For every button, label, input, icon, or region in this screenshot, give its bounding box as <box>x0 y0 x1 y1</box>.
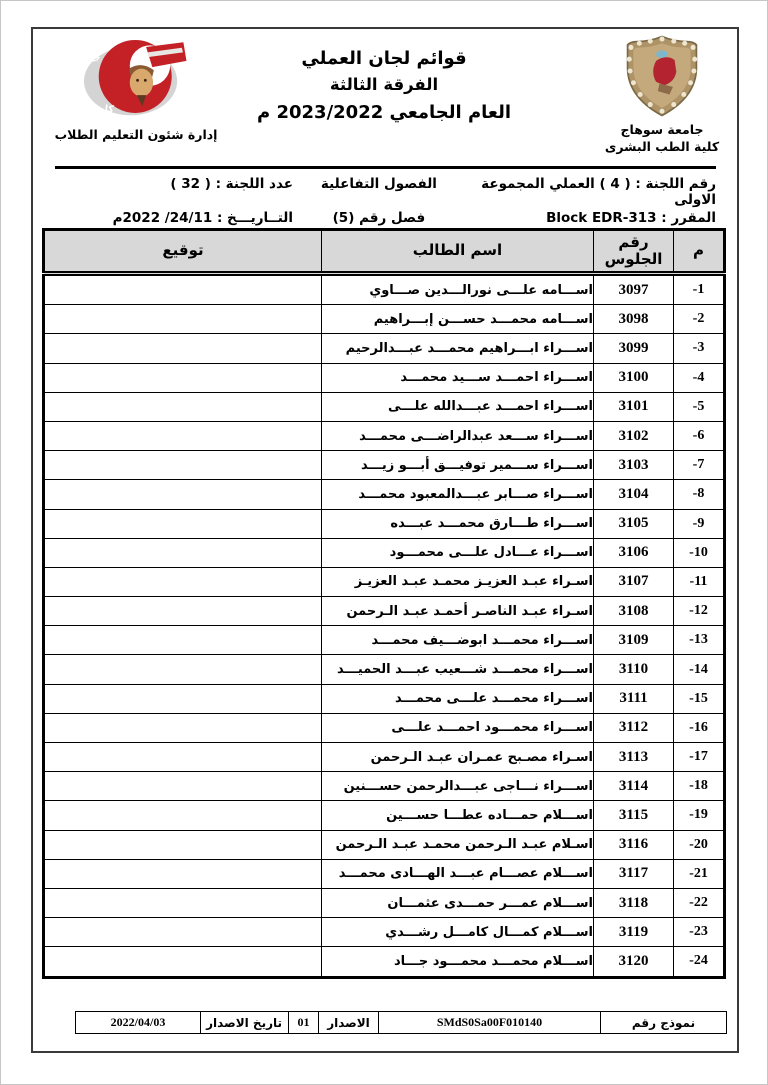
university-caption-1: جامعة سوهاج <box>594 122 730 139</box>
col-header-index: م <box>674 230 725 274</box>
table-row: -5 3101 اســـراء احمـــد عبـــدالله علــ… <box>44 392 725 421</box>
issue-number: 01 <box>289 1012 319 1034</box>
signature-cell <box>44 830 322 859</box>
signature-cell <box>44 451 322 480</box>
seat-number: 3117 <box>594 859 674 888</box>
student-name: اســـراء احمـــد ســـيد محمـــد <box>322 363 594 392</box>
seat-number: 3098 <box>594 305 674 334</box>
student-name: اسـراء عبـد العزيـز محمـد عبـد العزيـز <box>322 567 594 596</box>
signature-cell <box>44 888 322 917</box>
form-number-label: نموذج رقم <box>601 1012 727 1034</box>
row-index: -21 <box>674 859 725 888</box>
seat-number: 3102 <box>594 421 674 450</box>
table-row: -19 3115 اســـلام حمـــاده عطـــا حســـي… <box>44 801 725 830</box>
row-index: -17 <box>674 743 725 772</box>
signature-cell <box>44 305 322 334</box>
row-index: -19 <box>674 801 725 830</box>
committee-row-2: المقرر : Block EDR-313 فصل رقم (5) التــ… <box>55 210 716 226</box>
student-name: اســـراء ابـــراهيم محمـــد عبـــدالرحيم <box>322 334 594 363</box>
seat-number: 3118 <box>594 888 674 917</box>
signature-cell <box>44 597 322 626</box>
table-row: -17 3113 اسـراء مصـبح عمـران عبـد الـرحم… <box>44 743 725 772</box>
red-crescent-logo: جامعة سوهاج كلية الطب <box>70 36 202 120</box>
seat-number: 3097 <box>594 274 674 305</box>
committee-row-1: رقم اللجنة : ( 4 ) العملي المجموعة الاول… <box>55 176 716 208</box>
signature-cell <box>44 859 322 888</box>
seat-number: 3113 <box>594 743 674 772</box>
row-index: -3 <box>674 334 725 363</box>
student-name: اســـامه محمـــد حســـن إبـــراهيم <box>322 305 594 334</box>
issue-date: 2022/04/03 <box>76 1012 201 1034</box>
signature-cell <box>44 567 322 596</box>
row-index: -1 <box>674 274 725 305</box>
row-index: -23 <box>674 918 725 947</box>
row-index: -6 <box>674 421 725 450</box>
document-page: جامعة سوهاج كلية الطب إدارة شئون التعليم… <box>0 0 768 1085</box>
table-row: -18 3114 اســـراء نـــاجى عبـــدالرحمن ح… <box>44 772 725 801</box>
signature-cell <box>44 538 322 567</box>
student-name: اســـراء محمـــد ابوضـــيف محمـــد <box>322 626 594 655</box>
table-row: -3 3099 اســـراء ابـــراهيم محمـــد عبــ… <box>44 334 725 363</box>
table-row: -14 3110 اســـراء محمـــد شـــعيب عبـــد… <box>44 655 725 684</box>
footer-row: نموذج رقم SMdS0Sa00F010140 الاصدار 01 تا… <box>76 1012 727 1034</box>
col-header-student-name: اسم الطالب <box>322 230 594 274</box>
seat-number: 3120 <box>594 947 674 977</box>
table-row: -10 3106 اســـراء عـــادل علـــى محمـــو… <box>44 538 725 567</box>
student-name: اســـراء طـــارق محمـــد عبـــده <box>322 509 594 538</box>
student-name: اســـلام كمـــال كامـــل رشـــدي <box>322 918 594 947</box>
student-name: اســـراء ســـمير توفيـــق أبـــو زيـــد <box>322 451 594 480</box>
signature-cell <box>44 684 322 713</box>
signature-cell <box>44 626 322 655</box>
table-row: -8 3104 اســـراء صـــابر عبـــدالمعبود م… <box>44 480 725 509</box>
section-type: الفصول التفاعلية <box>293 176 465 192</box>
table-row: -11 3107 اسـراء عبـد العزيـز محمـد عبـد … <box>44 567 725 596</box>
seat-number: 3101 <box>594 392 674 421</box>
signature-cell <box>44 743 322 772</box>
student-name: اسـلام عبـد الـرحمن محمـد عبـد الـرحمن <box>322 830 594 859</box>
signature-cell <box>44 480 322 509</box>
seat-number: 3111 <box>594 684 674 713</box>
table-row: -20 3116 اسـلام عبـد الـرحمن محمـد عبـد … <box>44 830 725 859</box>
table-row: -7 3103 اســـراء ســـمير توفيـــق أبـــو… <box>44 451 725 480</box>
row-index: -24 <box>674 947 725 977</box>
student-name: اســـلام عمـــر حمـــدى عثمـــان <box>322 888 594 917</box>
student-name: اســـراء احمـــد عبـــدالله علـــى <box>322 392 594 421</box>
table-row: -16 3112 اســـراء محمـــود احمـــد علـــ… <box>44 713 725 742</box>
title-line-2: الفرقة الثالثة <box>229 75 539 94</box>
signature-cell <box>44 363 322 392</box>
student-name: اســـراء محمـــود احمـــد علـــى <box>322 713 594 742</box>
table-row: -2 3098 اســـامه محمـــد حســـن إبـــراه… <box>44 305 725 334</box>
signature-cell <box>44 713 322 742</box>
row-index: -11 <box>674 567 725 596</box>
issue-date-label: تاريخ الاصدار <box>201 1012 289 1034</box>
seat-number: 3105 <box>594 509 674 538</box>
seat-number: 3104 <box>594 480 674 509</box>
table-row: -6 3102 اســـراء ســـعد عبدالراضـــى محم… <box>44 421 725 450</box>
seat-number: 3114 <box>594 772 674 801</box>
row-index: -2 <box>674 305 725 334</box>
table-row: -21 3117 اســـلام عصـــام عبـــد الهـــا… <box>44 859 725 888</box>
seat-number: 3115 <box>594 801 674 830</box>
student-name: اسـراء عبـد الناصـر أحمـد عبـد الـرحمن <box>322 597 594 626</box>
seat-number: 3119 <box>594 918 674 947</box>
committee-info: رقم اللجنة : ( 4 ) العملي المجموعة الاول… <box>55 166 716 237</box>
signature-cell <box>44 655 322 684</box>
table-row: -12 3108 اسـراء عبـد الناصـر أحمـد عبـد … <box>44 597 725 626</box>
col-header-signature: توقيع <box>44 230 322 274</box>
student-name: اســـراء عـــادل علـــى محمـــود <box>322 538 594 567</box>
table-row: -23 3119 اســـلام كمـــال كامـــل رشـــد… <box>44 918 725 947</box>
row-index: -7 <box>674 451 725 480</box>
row-index: -13 <box>674 626 725 655</box>
signature-cell <box>44 772 322 801</box>
student-name: اســـلام حمـــاده عطـــا حســـين <box>322 801 594 830</box>
student-name: اسـراء مصـبح عمـران عبـد الـرحمن <box>322 743 594 772</box>
seat-number: 3116 <box>594 830 674 859</box>
row-index: -5 <box>674 392 725 421</box>
form-code: SMdS0Sa00F010140 <box>379 1012 601 1034</box>
course-code: المقرر : Block EDR-313 <box>465 210 716 226</box>
university-shield-logo <box>624 34 700 118</box>
university-logo-block: جامعة سوهاج كلية الطب البشرى <box>594 34 730 156</box>
seat-number: 3112 <box>594 713 674 742</box>
university-caption-2: كلية الطب البشرى <box>594 139 730 156</box>
row-index: -10 <box>674 538 725 567</box>
table-header-row: م رقم الجلوس اسم الطالب توقيع <box>44 230 725 274</box>
table-row: -15 3111 اســـراء محمـــد علـــى محمـــد <box>44 684 725 713</box>
table-row: -9 3105 اســـراء طـــارق محمـــد عبـــده <box>44 509 725 538</box>
seat-number: 3109 <box>594 626 674 655</box>
student-rows: -1 3097 اســـامه علـــى نورالـــدين صـــ… <box>44 274 725 978</box>
signature-cell <box>44 801 322 830</box>
signature-cell <box>44 918 322 947</box>
title-line-3: العام الجامعي 2023/2022 م <box>229 102 539 123</box>
seat-number: 3106 <box>594 538 674 567</box>
seat-number: 3100 <box>594 363 674 392</box>
student-name: اســـراء ســـعد عبدالراضـــى محمـــد <box>322 421 594 450</box>
seat-number: 3110 <box>594 655 674 684</box>
row-index: -12 <box>674 597 725 626</box>
signature-cell <box>44 509 322 538</box>
seat-number: 3099 <box>594 334 674 363</box>
col-header-seat-number: رقم الجلوس <box>594 230 674 274</box>
signature-cell <box>44 274 322 305</box>
committee-number: رقم اللجنة : ( 4 ) العملي المجموعة الاول… <box>465 176 716 208</box>
seat-number: 3103 <box>594 451 674 480</box>
student-name: اســـلام محمـــد محمـــود جـــاد <box>322 947 594 977</box>
issue-label: الاصدار <box>319 1012 379 1034</box>
exam-date: التــاريـــخ : 24/11/ 2022م <box>55 210 293 226</box>
student-name: اســـلام عصـــام عبـــد الهـــادى محمـــ… <box>322 859 594 888</box>
admin-caption: إدارة شئون التعليم الطلاب <box>46 127 226 142</box>
committee-count: عدد اللجنة : ( 32 ) <box>55 176 293 192</box>
row-index: -8 <box>674 480 725 509</box>
row-index: -9 <box>674 509 725 538</box>
table-row: -1 3097 اســـامه علـــى نورالـــدين صـــ… <box>44 274 725 305</box>
class-number: فصل رقم (5) <box>293 210 465 226</box>
seat-number: 3108 <box>594 597 674 626</box>
table-row: -22 3118 اســـلام عمـــر حمـــدى عثمـــا… <box>44 888 725 917</box>
signature-cell <box>44 947 322 977</box>
student-name: اســـراء محمـــد علـــى محمـــد <box>322 684 594 713</box>
seat-number: 3107 <box>594 567 674 596</box>
row-index: -4 <box>674 363 725 392</box>
row-index: -16 <box>674 713 725 742</box>
signature-cell <box>44 392 322 421</box>
student-name: اســـامه علـــى نورالـــدين صـــاوي <box>322 274 594 305</box>
student-name: اســـراء محمـــد شـــعيب عبـــد الحميـــ… <box>322 655 594 684</box>
table-row: -13 3109 اســـراء محمـــد ابوضـــيف محمـ… <box>44 626 725 655</box>
form-footer: نموذج رقم SMdS0Sa00F010140 الاصدار 01 تا… <box>75 1011 727 1034</box>
document-title: قوائم لجان العملي الفرقة الثالثة العام ا… <box>229 48 539 123</box>
students-table: م رقم الجلوس اسم الطالب توقيع -1 3097 اس… <box>42 228 726 979</box>
row-index: -15 <box>674 684 725 713</box>
student-name: اســـراء صـــابر عبـــدالمعبود محمـــد <box>322 480 594 509</box>
student-affairs-logo-block: جامعة سوهاج كلية الطب إدارة شئون التعليم… <box>46 36 226 142</box>
signature-cell <box>44 421 322 450</box>
student-name: اســـراء نـــاجى عبـــدالرحمن حســـنين <box>322 772 594 801</box>
row-index: -20 <box>674 830 725 859</box>
row-index: -18 <box>674 772 725 801</box>
table-row: -4 3100 اســـراء احمـــد ســـيد محمـــد <box>44 363 725 392</box>
row-index: -22 <box>674 888 725 917</box>
row-index: -14 <box>674 655 725 684</box>
table-row: -24 3120 اســـلام محمـــد محمـــود جـــا… <box>44 947 725 977</box>
title-line-1: قوائم لجان العملي <box>229 48 539 69</box>
signature-cell <box>44 334 322 363</box>
